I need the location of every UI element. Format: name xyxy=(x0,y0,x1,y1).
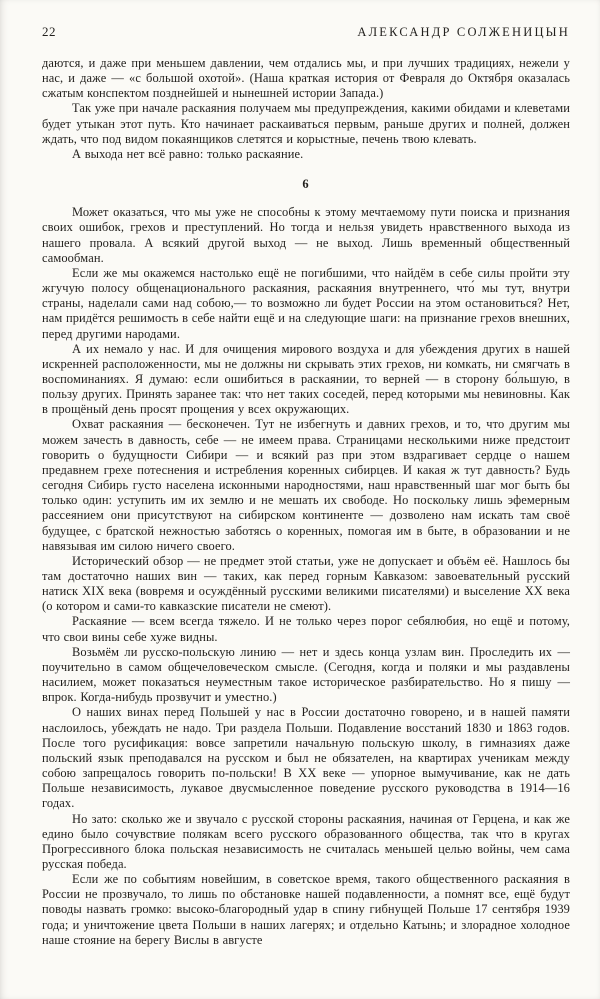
paragraph: Может оказаться, что мы уже не способны … xyxy=(42,205,570,266)
running-header-author: АЛЕКСАНДР СОЛЖЕНИЦЫН xyxy=(357,25,570,40)
paragraph: Охват раскаяния — бесконечен. Тут не изб… xyxy=(42,417,570,553)
paragraph: А выхода нет всё равно: только раскаяние… xyxy=(42,147,570,162)
paragraph: Возьмём ли русско-польскую линию — нет и… xyxy=(42,645,570,706)
section-number-heading: 6 xyxy=(42,177,570,192)
running-head: 22 АЛЕКСАНДР СОЛЖЕНИЦЫН xyxy=(42,24,570,40)
paragraph: Если же мы окажемся настолько ещё не пог… xyxy=(42,266,570,342)
paragraph: Раскаяние — всем всегда тяжело. И не тол… xyxy=(42,614,570,644)
paragraph: даются, и даже при меньшем давлении, чем… xyxy=(42,56,570,101)
paragraph: А их немало у нас. И для очищения мирово… xyxy=(42,342,570,418)
paragraph: Но зато: сколько же и звучало с русской … xyxy=(42,812,570,873)
book-page-scan: 22 АЛЕКСАНДР СОЛЖЕНИЦЫН даются, и даже п… xyxy=(0,0,600,999)
paragraph: Если же по событиям новейшим, в советско… xyxy=(42,872,570,948)
paragraph: О наших винах перед Польшей у нас в Росс… xyxy=(42,705,570,811)
paragraph: Исторический обзор — не предмет этой ста… xyxy=(42,554,570,615)
paragraph: Так уже при начале раскаяния получаем мы… xyxy=(42,101,570,146)
page-number: 22 xyxy=(42,24,56,40)
page-body-text: даются, и даже при меньшем давлении, чем… xyxy=(42,56,570,948)
